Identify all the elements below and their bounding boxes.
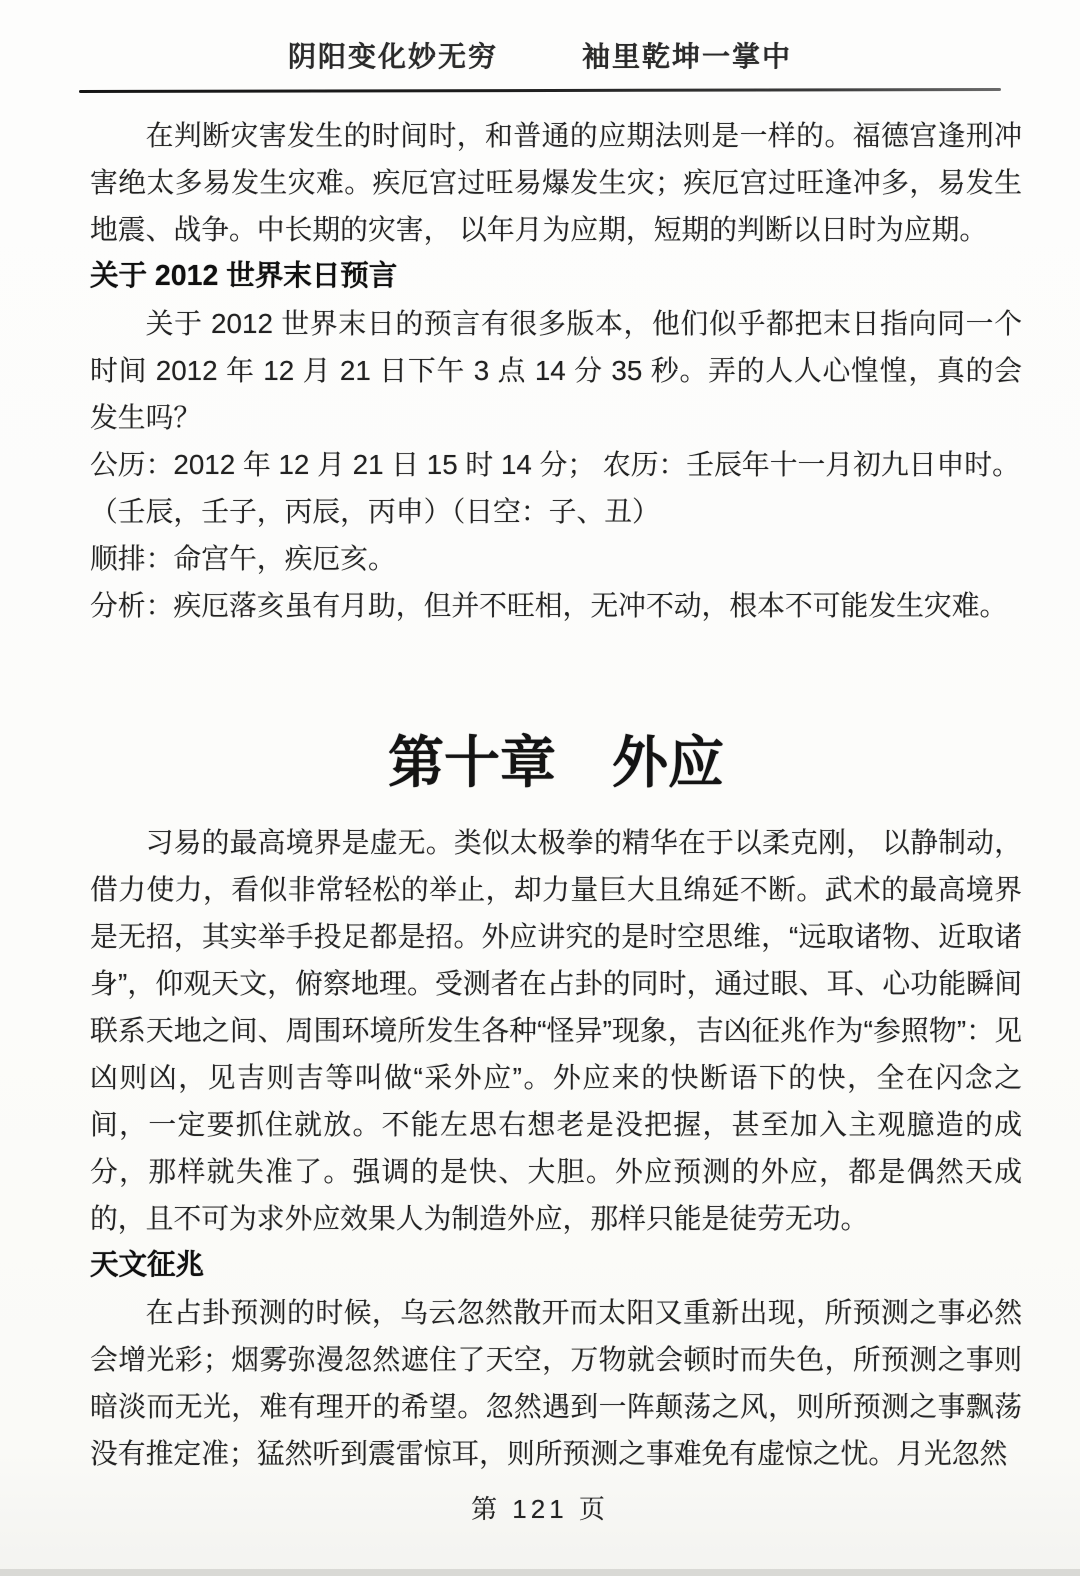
chapter-number: 第十章 bbox=[388, 731, 556, 795]
running-head-left: 阴阳变化妙无穷 bbox=[288, 40, 498, 74]
paragraph-astronomy-omens: 在占卦预测的时候，乌云忽然散开而太阳又重新出现，所预测之事必然会增光彩；烟雾弥漫… bbox=[90, 1289, 1022, 1477]
page-body: 在判断灾害发生的时间时，和普通的应期法则是一样的。福德宫逢刑冲害绝太多易发生灾难… bbox=[0, 92, 1080, 1477]
running-head: 阴阳变化妙无穷 袖里乾坤一掌中 bbox=[0, 0, 1080, 74]
chapter-title: 第十章 外应 bbox=[90, 731, 1022, 795]
line-four-pillars: （壬辰，壬子，丙辰，丙申）（日空：子、丑） bbox=[90, 488, 1022, 535]
paragraph-disaster-timing: 在判断灾害发生的时间时，和普通的应期法则是一样的。福德宫逢刑冲害绝太多易发生灾难… bbox=[90, 112, 1022, 253]
page-number: 第 121 页 bbox=[0, 1489, 1080, 1526]
book-page: 阴阳变化妙无穷 袖里乾坤一掌中 在判断灾害发生的时间时，和普通的应期法则是一样的… bbox=[0, 0, 1080, 1576]
section-heading-2012: 关于 2012 世界末日预言 bbox=[90, 253, 1022, 300]
line-palace-order: 顺排：命宫午，疾厄亥。 bbox=[90, 535, 1022, 582]
running-head-right: 袖里乾坤一掌中 bbox=[582, 40, 792, 74]
paragraph-waiying-intro: 习易的最高境界是虚无。类似太极拳的精华在于以柔克刚， 以静制动，借力使力，看似非… bbox=[90, 819, 1022, 1242]
line-analysis: 分析：疾厄落亥虽有月助，但并不旺相，无冲不动，根本不可能发生灾难。 bbox=[90, 582, 1022, 629]
paragraph-2012-prophecy: 关于 2012 世界末日的预言有很多版本，他们似乎都把末日指向同一个时间 201… bbox=[90, 300, 1022, 441]
chapter-name: 外应 bbox=[612, 731, 724, 795]
section-heading-astronomy-omens: 天文征兆 bbox=[90, 1242, 1022, 1289]
bottom-scan-strip bbox=[0, 1569, 1080, 1576]
line-gregorian-lunar-date: 公历：2012 年 12 月 21 日 15 时 14 分； 农历：壬辰年十一月… bbox=[90, 441, 1022, 488]
